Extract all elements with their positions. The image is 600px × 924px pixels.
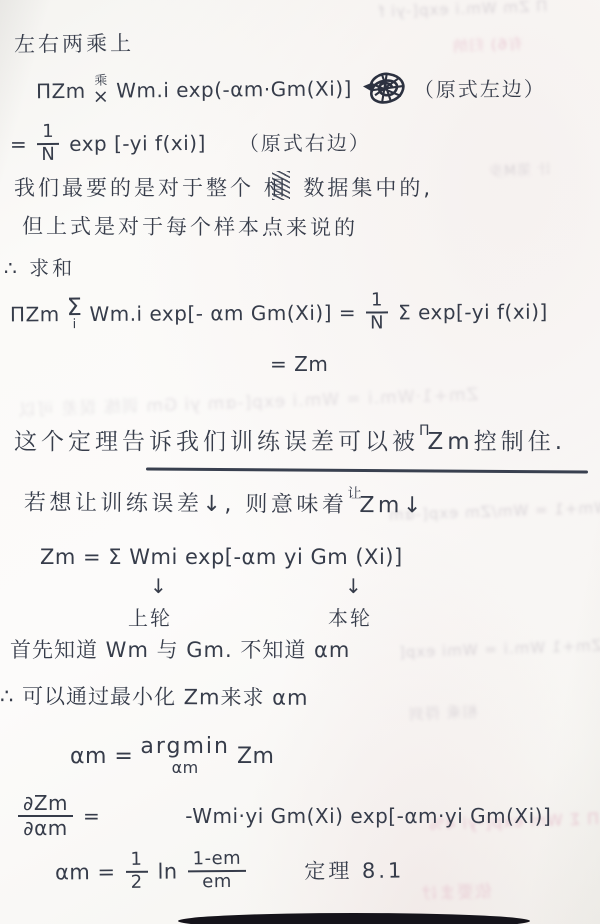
times-sign: × <box>93 88 110 106</box>
fraction-one-over-n: 1 N <box>366 291 388 333</box>
notebook-page-photo: Π Zm Wm.i exp[-yi f 有6) 归纳 计 第M步 Zm+1·Wm… <box>0 0 600 924</box>
theorem-text-b: 训练误差可以被 <box>230 429 419 455</box>
theorem-text-c: 控制住. <box>474 429 566 455</box>
crossed-out-character: 相 <box>264 172 288 202</box>
ln-operator: ln <box>157 859 177 883</box>
equation-derivative: ∂Zm ∂αm = -Wmi·yi Gm(Xi) exp[-αm·yi Gm(X… <box>15 793 551 839</box>
fraction-error-ratio: 1-em em <box>188 850 247 892</box>
bleed-through-text: Zm+1·Wm.i = Wm.i exp[-αm yi Gm 训练 误差 可以 <box>18 380 479 421</box>
argmin-operator: argmin αm <box>140 736 230 776</box>
bleed-through-text: Zm+1 Wm.i = Wmi exp[ <box>398 636 600 661</box>
equation-alpha-solution: αm = 1 2 ln 1-em em 定理 8.1 <box>55 848 405 893</box>
fraction-one-over-n: 1 N <box>37 123 59 165</box>
fraction-numerator: 1 <box>366 291 388 313</box>
bleed-through-text: 有6) 归纳 <box>452 33 524 56</box>
down-arrow-icon: ↓ <box>150 574 167 598</box>
argmin-rhs: Zm <box>237 744 275 769</box>
equation-product-left-side: ΠZm 乘 × Wm.i exp(-αm·Gm(Xi)] （原式左边） <box>36 68 546 110</box>
eq3-body: Wm.i exp[- αm Gm(Xi)] = <box>89 300 356 325</box>
bleed-through-text: 依要まけ <box>420 877 493 904</box>
sigma-over-i: Σ i <box>67 297 83 330</box>
equation-summed-identity: ΠZm Σ i Wm.i exp[- αm Gm(Xi)] = 1 N Σ ex… <box>10 291 548 336</box>
eq2-body: exp [-yi f(xi)] <box>69 131 206 156</box>
para1-text-a: 我们最要的是对于整个 <box>14 176 254 200</box>
fraction-numerator: 1 <box>125 851 147 873</box>
note-line-known-unknown: 首先知道 Wm 与 Gm. 不知道 αm <box>10 634 350 664</box>
eq3-prefix: ΠZm <box>10 302 60 326</box>
hand-underline <box>146 467 588 473</box>
note-line-per-sample: 但上式是对于每个样本点来说的 <box>22 210 358 242</box>
eq2-note-original-right: （原式右边） <box>239 127 371 157</box>
equals-sign: = <box>83 804 100 828</box>
note-line-theorem-statement: 这个定理告诉我们训练误差可以被ΠZm控制住. <box>14 423 566 456</box>
multiply-annotation: 乘 × <box>93 75 110 106</box>
sigma-index: i <box>73 319 77 331</box>
equation-argmin: αm = argmin αm Zm <box>70 736 274 776</box>
note-line-therefore-sum: ∴ 求和 <box>4 252 75 281</box>
note-line-multiply-both-sides: 左右两乘上 <box>14 27 134 58</box>
note-line-minimize-zm: ∴ 可以通过最小化 Zm来求 αm <box>0 680 309 712</box>
fraction-numerator: 1-em <box>188 850 247 872</box>
equation-right-side: = 1 N exp [-yi f(xi)] （原式右边） <box>10 121 371 165</box>
label-current-round: 本轮 <box>328 602 372 631</box>
argmin-lhs: αm = <box>70 744 133 769</box>
bleed-through-text: Π Zm Wm.i exp[-yi f <box>378 0 548 21</box>
fraction-numerator: ∂Zm <box>18 793 73 817</box>
fraction-denominator: N <box>370 313 384 333</box>
want-zm: Zm↓ <box>359 493 425 518</box>
fraction-dzm-dalpham: ∂Zm ∂αm <box>18 793 73 839</box>
argmin-label: argmin <box>140 736 230 758</box>
equation-equals-zm: = Zm <box>270 352 328 376</box>
label-previous-round: 上轮 <box>128 602 172 631</box>
argmin-subscript: αm <box>172 760 199 776</box>
bleed-through-text: 相乘 得到 <box>408 701 478 724</box>
theorem-zm: Zm <box>428 429 474 455</box>
fraction-denominator: em <box>202 872 232 892</box>
photo-bottom-edge <box>178 913 530 924</box>
theorem-reference: 定理 8.1 <box>304 854 404 885</box>
eq3-tail: Σ exp[-yi f(xi)] <box>398 299 548 324</box>
theorem-text-a: 这个定理告诉我们 <box>14 429 230 455</box>
fraction-numerator: 1 <box>37 123 59 145</box>
fraction-denominator: 2 <box>131 873 143 893</box>
fraction-denominator: ∂αm <box>23 817 68 839</box>
eq1-body: Wm.i exp(-αm·Gm(Xi)] <box>116 76 352 102</box>
want-text-a: 若想让训练误差↓, 则意味着 <box>24 491 348 518</box>
eq1-prefix: ΠZm <box>36 79 86 103</box>
down-arrow-icon: ↓ <box>345 574 362 598</box>
scribble-blot <box>359 69 407 107</box>
fraction-one-half: 1 2 <box>125 851 147 893</box>
eq1-note-original-left: （原式左边） <box>414 72 546 102</box>
para1-text-b: 数据集中的, <box>303 176 433 200</box>
fraction-denominator: N <box>41 145 55 165</box>
sigma-sign: Σ <box>67 297 83 319</box>
alpha-lhs: αm = <box>55 860 116 885</box>
bleed-through-text: 计 第M步 <box>488 159 552 181</box>
equals-sign: = <box>10 132 27 156</box>
note-line-reduce-zm: 若想让训练误差↓, 则意味着让Zm↓ <box>24 481 425 520</box>
derivative-rhs: -Wmi·yi Gm(Xi) exp[-αm·yi Gm(Xi)] <box>185 804 551 828</box>
note-line-whole-dataset: 我们最要的是对于整个 相 数据集中的, <box>14 172 433 202</box>
equation-zm-definition: Zm = Σ Wmi exp[-αm yi Gm (Xi)] <box>40 545 403 569</box>
